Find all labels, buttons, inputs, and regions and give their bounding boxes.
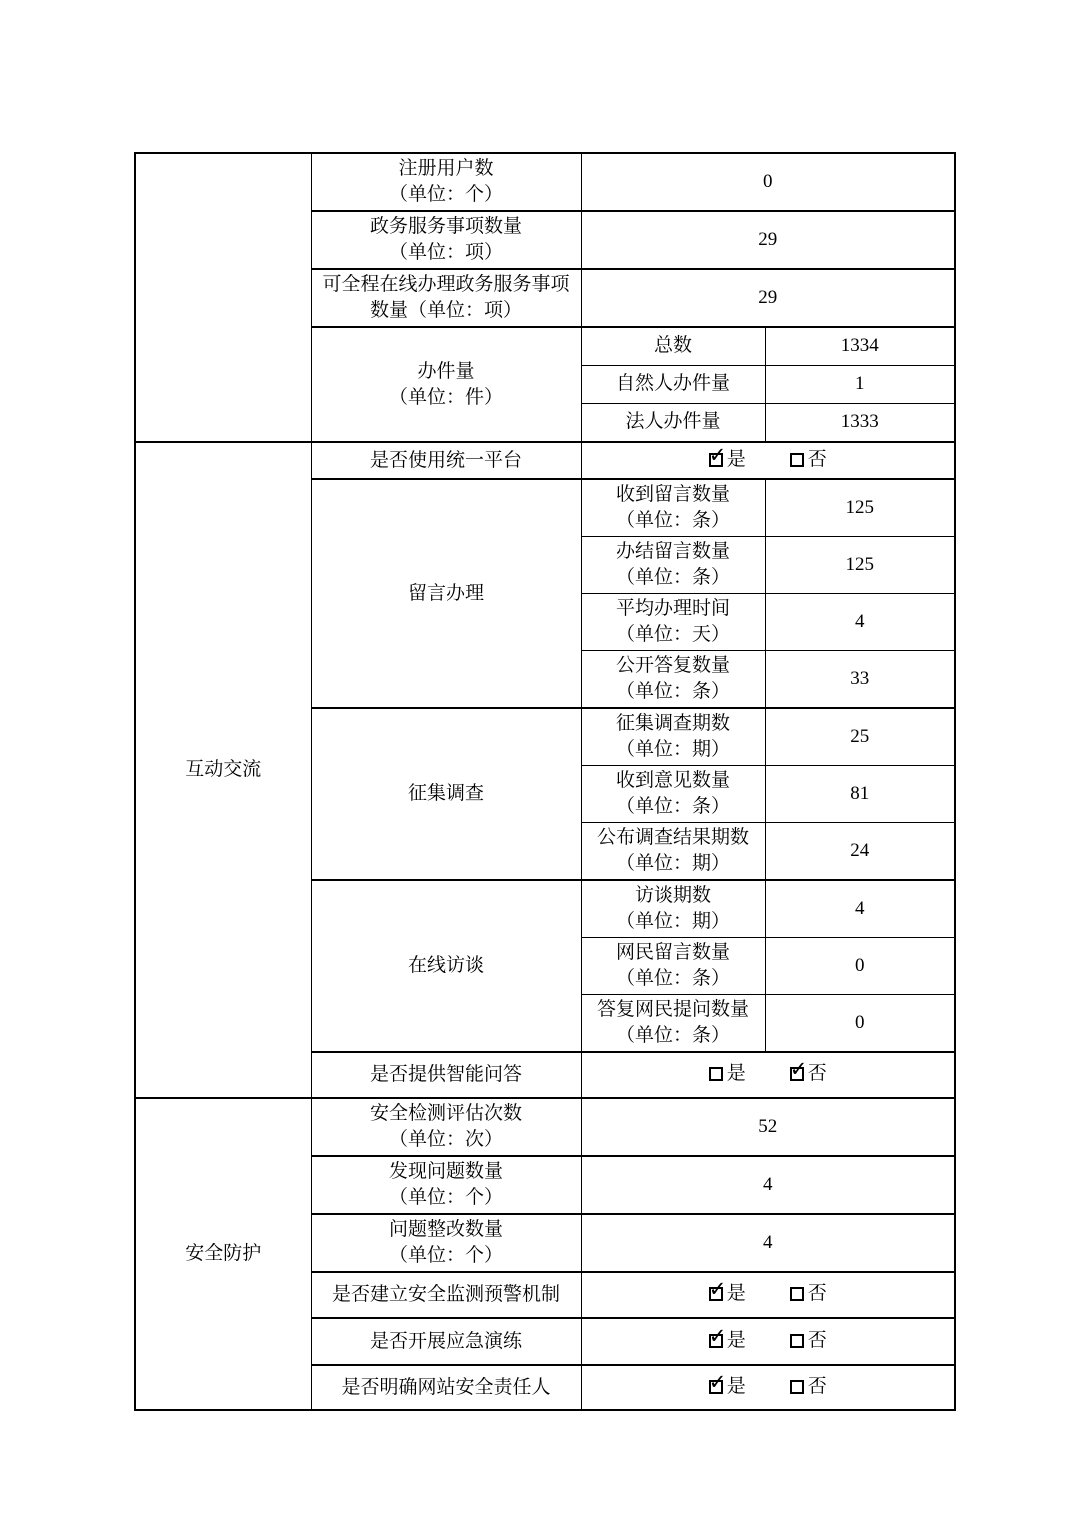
- cell-full-online-items-value: 29: [581, 269, 955, 327]
- cell-msg-completed-label: 办结留言数量 （单位：条）: [581, 537, 765, 594]
- cell-assessments-value: 52: [581, 1098, 955, 1156]
- cell-gov-service-items-label: 政务服务事项数量 （单位：项）: [311, 211, 581, 269]
- row-registered-users: 注册用户数 （单位：个） 0: [135, 153, 955, 211]
- cell-drills-value: ✓是 否: [581, 1318, 955, 1365]
- cell-problems-found-label: 发现问题数量 （单位：个）: [311, 1156, 581, 1214]
- cell-unified-platform-value: ✓是 否: [581, 442, 955, 479]
- cell-smart-qa-label: 是否提供智能问答: [311, 1052, 581, 1098]
- cell-assessments-label: 安全检测评估次数 （单位：次）: [311, 1098, 581, 1156]
- cell-interviews-label: 在线访谈: [311, 880, 581, 1052]
- checkbox-checked-icon: ✓: [709, 453, 723, 467]
- cell-registered-users-label: 注册用户数 （单位：个）: [311, 153, 581, 211]
- option-yes: ✓是: [709, 447, 746, 473]
- option-no: 否: [790, 1374, 827, 1400]
- section-label-text: 安全防护: [185, 1241, 261, 1267]
- cell-responsible-person-value: ✓是 否: [581, 1365, 955, 1410]
- cell-case-total-value: 1334: [765, 327, 955, 365]
- option-yes: ✓是: [709, 1328, 746, 1354]
- cell-survey-results-value: 24: [765, 823, 955, 881]
- cell-problems-found-value: 4: [581, 1156, 955, 1214]
- report-page: 注册用户数 （单位：个） 0 政务服务事项数量 （单位：项） 29 可全程在线办…: [0, 0, 1074, 1520]
- cell-surveys-label: 征集调查: [311, 708, 581, 880]
- cell-msg-public-replies-label: 公开答复数量 （单位：条）: [581, 651, 765, 709]
- cell-msg-received-value: 125: [765, 479, 955, 537]
- annual-report-table: 注册用户数 （单位：个） 0 政务服务事项数量 （单位：项） 29 可全程在线办…: [134, 152, 956, 1411]
- checkbox-checked-icon: ✓: [790, 1067, 804, 1081]
- cell-interview-periods-label: 访谈期数 （单位：期）: [581, 880, 765, 938]
- cell-survey-results-label: 公布调查结果期数 （单位：期）: [581, 823, 765, 881]
- row-unified-platform: 互动交流 是否使用统一平台 ✓是 否: [135, 442, 955, 479]
- cell-interview-messages-value: 0: [765, 938, 955, 995]
- section-label-text: 互动交流: [185, 757, 261, 783]
- checkbox-checked-icon: ✓: [709, 1287, 723, 1301]
- cell-gov-service-items-value: 29: [581, 211, 955, 269]
- cell-monitoring-label: 是否建立安全监测预警机制: [311, 1272, 581, 1318]
- checkbox-unchecked-icon: [790, 1334, 804, 1348]
- row-assessments: 安全防护 安全检测评估次数 （单位：次） 52: [135, 1098, 955, 1156]
- checkbox-unchecked-icon: [790, 453, 804, 467]
- cell-drills-label: 是否开展应急演练: [311, 1318, 581, 1365]
- cell-msg-avg-time-label: 平均办理时间 （单位：天）: [581, 594, 765, 651]
- cell-full-online-items-label: 可全程在线办理政务服务事项 数量（单位：项）: [311, 269, 581, 327]
- cell-interview-periods-value: 4: [765, 880, 955, 938]
- checkbox-unchecked-icon: [790, 1287, 804, 1301]
- cell-responsible-person-label: 是否明确网站安全责任人: [311, 1365, 581, 1410]
- yes-no-group: ✓是 否: [709, 1328, 827, 1354]
- cell-monitoring-value: ✓是 否: [581, 1272, 955, 1318]
- section-label-security: 安全防护: [135, 1098, 311, 1410]
- cell-survey-opinions-value: 81: [765, 766, 955, 823]
- cell-problems-fixed-value: 4: [581, 1214, 955, 1272]
- cell-case-legal-value: 1333: [765, 403, 955, 442]
- cell-msg-completed-value: 125: [765, 537, 955, 594]
- cell-message-handling-label: 留言办理: [311, 479, 581, 708]
- checkbox-checked-icon: ✓: [709, 1380, 723, 1394]
- cell-smart-qa-value: 是 ✓否: [581, 1052, 955, 1098]
- cell-unified-platform-label: 是否使用统一平台: [311, 442, 581, 479]
- option-yes: ✓是: [709, 1374, 746, 1400]
- cell-msg-public-replies-value: 33: [765, 651, 955, 709]
- cell-survey-opinions-label: 收到意见数量 （单位：条）: [581, 766, 765, 823]
- checkbox-unchecked-icon: [709, 1067, 723, 1081]
- cell-msg-avg-time-value: 4: [765, 594, 955, 651]
- section-label-interaction: 互动交流: [135, 442, 311, 1098]
- cell-case-natural-value: 1: [765, 365, 955, 403]
- cell-interview-replies-value: 0: [765, 995, 955, 1053]
- cell-problems-fixed-label: 问题整改数量 （单位：个）: [311, 1214, 581, 1272]
- yes-no-group: 是 ✓否: [709, 1061, 827, 1087]
- section-label-services: [135, 153, 311, 442]
- yes-no-group: ✓是 否: [709, 1374, 827, 1400]
- cell-survey-periods-value: 25: [765, 708, 955, 766]
- cell-case-volume-label: 办件量 （单位：件）: [311, 327, 581, 442]
- cell-case-total-label: 总数: [581, 327, 765, 365]
- yes-no-group: ✓是 否: [709, 447, 827, 473]
- option-yes: 是: [709, 1061, 746, 1087]
- cell-interview-messages-label: 网民留言数量 （单位：条）: [581, 938, 765, 995]
- checkbox-unchecked-icon: [790, 1380, 804, 1394]
- option-no: 否: [790, 447, 827, 473]
- cell-case-legal-label: 法人办件量: [581, 403, 765, 442]
- option-no: 否: [790, 1281, 827, 1307]
- cell-interview-replies-label: 答复网民提问数量 （单位：条）: [581, 995, 765, 1053]
- option-no: 否: [790, 1328, 827, 1354]
- cell-registered-users-value: 0: [581, 153, 955, 211]
- checkbox-checked-icon: ✓: [709, 1334, 723, 1348]
- cell-case-natural-label: 自然人办件量: [581, 365, 765, 403]
- option-yes: ✓是: [709, 1281, 746, 1307]
- cell-msg-received-label: 收到留言数量 （单位：条）: [581, 479, 765, 537]
- yes-no-group: ✓是 否: [709, 1281, 827, 1307]
- option-no: ✓否: [790, 1061, 827, 1087]
- cell-survey-periods-label: 征集调查期数 （单位：期）: [581, 708, 765, 766]
